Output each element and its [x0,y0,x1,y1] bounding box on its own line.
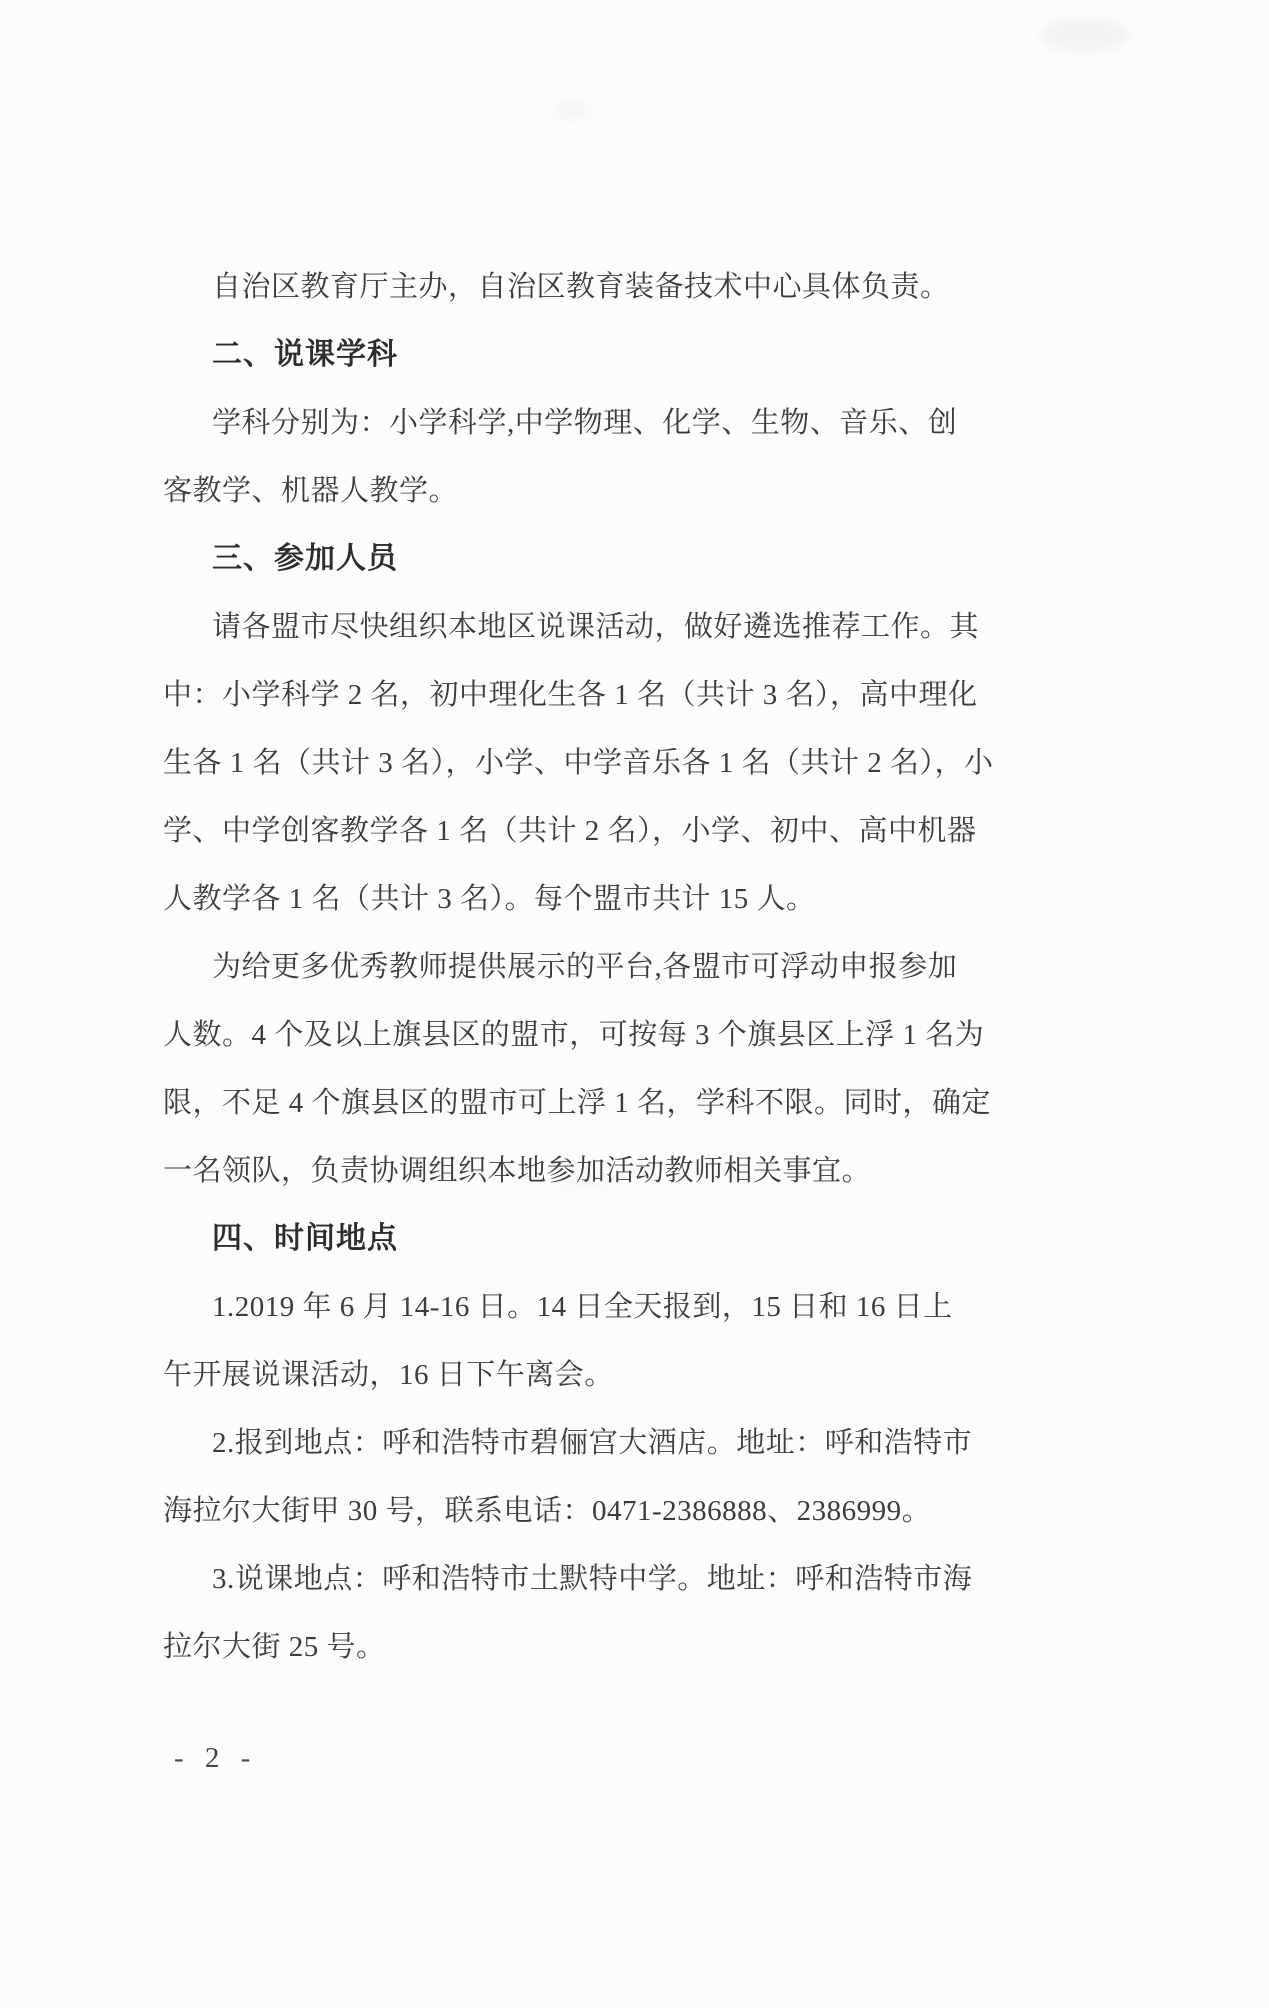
paragraph-line: 学、中学创客教学各 1 名（共计 2 名），小学、初中、高中机器 [163,797,885,865]
document-page: 自治区教育厅主办，自治区教育装备技术中心具体负责。 二、说课学科 学科分别为：小… [0,0,1269,2008]
paragraph-line: 1.2019 年 6 月 14-16 日。14 日全天报到，15 日和 16 日… [163,1273,885,1341]
paragraph-line: 生各 1 名（共计 3 名），小学、中学音乐各 1 名（共计 2 名），小 [163,729,885,797]
paragraph-line: 海拉尔大街甲 30 号，联系电话：0471-2386888、2386999。 [163,1477,885,1545]
paragraph-line: 人教学各 1 名（共计 3 名）。每个盟市共计 15 人。 [163,865,885,933]
paragraph-line: 3.说课地点：呼和浩特市土默特中学。地址：呼和浩特市海 [163,1545,885,1613]
paragraph-line: 人数。4 个及以上旗县区的盟市，可按每 3 个旗县区上浮 1 名为 [163,1001,885,1069]
section-heading-2: 二、说课学科 [163,321,885,389]
page-number: - 2 - [174,1742,257,1775]
paragraph-line: 2.报到地点：呼和浩特市碧俪宫大酒店。地址：呼和浩特市 [163,1409,885,1477]
paragraph-line: 拉尔大街 25 号。 [163,1613,885,1681]
scan-smudge [552,102,594,120]
paragraph-line: 学科分别为：小学科学,中学物理、化学、生物、音乐、创 [163,389,885,457]
section-heading-3: 三、参加人员 [163,525,885,593]
paragraph-line: 请各盟市尽快组织本地区说课活动，做好遴选推荐工作。其 [163,593,885,661]
section-heading-4: 四、时间地点 [163,1205,885,1273]
paragraph-line: 自治区教育厅主办，自治区教育装备技术中心具体负责。 [163,253,885,321]
scan-smudge [1040,18,1130,52]
paragraph-line: 中：小学科学 2 名，初中理化生各 1 名（共计 3 名），高中理化 [163,661,885,729]
paragraph-line: 限，不足 4 个旗县区的盟市可上浮 1 名，学科不限。同时，确定 [163,1069,885,1137]
document-body: 自治区教育厅主办，自治区教育装备技术中心具体负责。 二、说课学科 学科分别为：小… [163,253,885,1681]
paragraph-line: 午开展说课活动，16 日下午离会。 [163,1341,885,1409]
paragraph-line: 一名领队，负责协调组织本地参加活动教师相关事宜。 [163,1137,885,1205]
paragraph-line: 客教学、机器人教学。 [163,457,885,525]
paragraph-line: 为给更多优秀教师提供展示的平台,各盟市可浮动申报参加 [163,933,885,1001]
